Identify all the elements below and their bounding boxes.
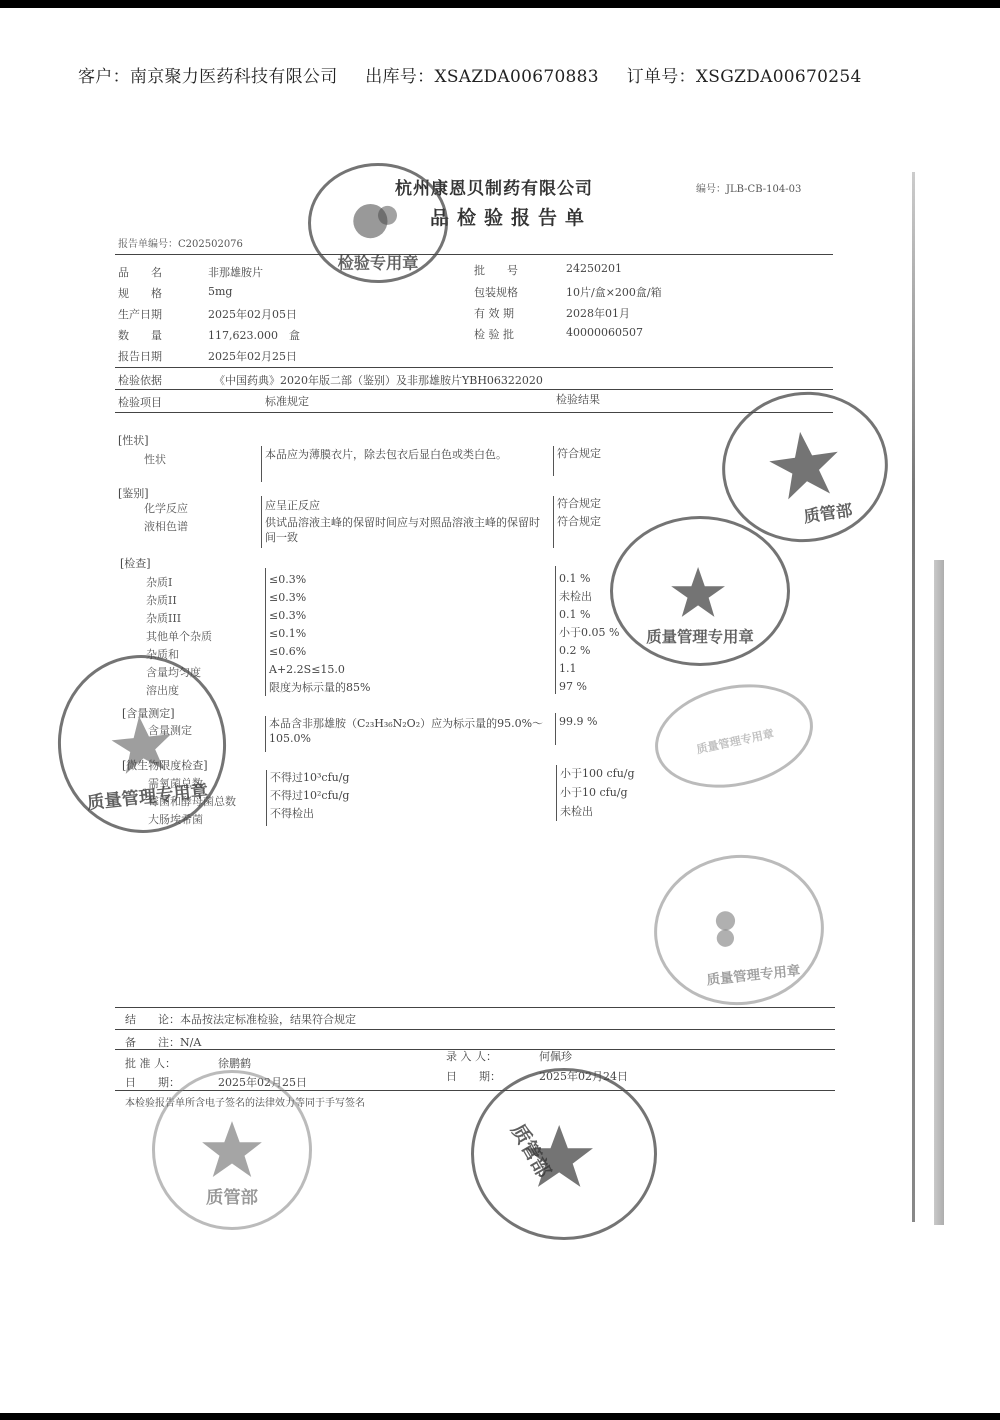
label: 检验依据 <box>118 374 162 387</box>
column-rule <box>266 770 267 826</box>
scanned-report: 杭州康恩贝制药有限公司 品检验报告单 编号：JLB-CB-104-03 报告单编… <box>0 0 1000 1420</box>
test-standard: ≤0.3% <box>269 608 306 624</box>
svg-text:质量管理专用章: 质量管理专用章 <box>86 780 209 814</box>
svg-text:质量管理专用章: 质量管理专用章 <box>706 962 802 989</box>
paper-shadow <box>934 560 944 1225</box>
value: 2028年01月 <box>566 305 630 321</box>
divider <box>115 1029 835 1030</box>
svg-text:质量管理专用章: 质量管理专用章 <box>695 726 775 756</box>
standard-yeast-mold: 不得过10²cfu/g <box>270 788 349 804</box>
paper-edge <box>912 172 915 1222</box>
label: 规 格 <box>118 287 162 300</box>
label: 结 论： <box>125 1013 180 1026</box>
seal-graphic: 质管部 <box>155 1073 309 1227</box>
section-identification: [鉴别] <box>118 485 149 501</box>
seal-graphic: 检验专用章 <box>311 166 445 280</box>
info-batch: 批 号24250201 <box>474 262 518 278</box>
table-header-result: 检验结果 <box>556 391 600 407</box>
standard-aerobic: 不得过10³cfu/g <box>270 770 349 786</box>
sinopharm-hubei-quality-seal-right: 质量管理专用章 <box>610 516 790 666</box>
info-report-date: 报告日期2025年02月25日 <box>118 348 162 364</box>
label: 品 名 <box>118 266 162 279</box>
value: 非那雄胺片 <box>208 264 263 280</box>
test-item: 其他单个杂质 <box>146 628 212 644</box>
standard-hplc: 供试品溶液主峰的保留时间应与对照品溶液主峰的保留时间一致 <box>265 515 540 545</box>
seal-graphic: 质量管理专用章 <box>52 650 231 838</box>
value: 24250201 <box>566 262 622 275</box>
label: 包装规格 <box>474 286 518 299</box>
result-yeast-mold: 小于10 cfu/g <box>560 785 628 801</box>
value: 何佩珍 <box>539 1048 572 1064</box>
value: 2025年02月25日 <box>208 348 297 364</box>
column-rule <box>265 716 266 752</box>
value: 40000060507 <box>566 326 643 339</box>
zhejiang-conba-seal: 质量管理专用章 <box>647 847 832 1014</box>
section-tests: [检查] <box>120 555 151 571</box>
result-hplc: 符合规定 <box>557 514 601 530</box>
test-standard: 限度为标示量的85% <box>269 680 370 696</box>
column-rule <box>265 568 266 696</box>
remark: 备 注：N/A <box>125 1034 201 1050</box>
standard-chemical-reaction: 应呈正反应 <box>265 498 545 513</box>
test-result: 小于0.05 % <box>559 625 619 641</box>
seal-graphic: 质量管理专用章 <box>650 850 828 1010</box>
test-item: 杂质II <box>146 592 177 608</box>
inspection-basis: 检验依据《中国药典》2020年版二部（鉴别）及非那雄胺片YBH06322020 <box>118 372 162 388</box>
table-header-standard: 标准规定 <box>265 393 309 409</box>
test-result: 0.2 % <box>559 643 590 659</box>
section-appearance: [性状] <box>118 432 149 448</box>
bottom-black-border <box>0 1413 1000 1420</box>
seal-graphic: 质量管理专用章 <box>649 674 819 798</box>
item-hplc: 液相色谱 <box>144 518 188 534</box>
test-result: 97 % <box>559 679 587 695</box>
test-standard: ≤0.3% <box>269 590 306 606</box>
seal-graphic: 质管部 <box>474 1071 654 1237</box>
test-standard: ≤0.1% <box>269 626 306 642</box>
result-assay: 99.9 % <box>559 714 597 730</box>
value: 本品按法定标准检验，结果符合规定 <box>180 1013 356 1026</box>
column-rule <box>261 446 262 482</box>
value: 《中国药典》2020年版二部（鉴别）及非那雄胺片YBH06322020 <box>214 372 543 388</box>
column-rule <box>553 496 554 548</box>
info-inspection-lot: 检 验 批40000060507 <box>474 326 514 342</box>
divider <box>115 254 833 255</box>
result-ecoli: 未检出 <box>560 804 593 820</box>
test-result: 0.1 % <box>559 571 590 587</box>
result-appearance: 符合规定 <box>557 446 601 462</box>
faint-oval-seal: 质量管理专用章 <box>645 670 822 801</box>
value: 5mg <box>208 285 232 298</box>
test-result: 0.1 % <box>559 607 590 623</box>
result-chemical-reaction: 符合规定 <box>557 496 601 512</box>
column-rule <box>555 566 556 694</box>
info-spec: 规 格5mg <box>118 285 162 301</box>
value: 10片/盒×200盒/箱 <box>566 284 662 300</box>
column-rule <box>556 765 557 821</box>
item-chemical-reaction: 化学反应 <box>144 500 188 516</box>
standard-ecoli: 不得检出 <box>270 806 314 822</box>
hangzhou-conba-inspection-seal: 检验专用章 <box>308 163 448 283</box>
info-quantity: 数 量117,623.000 盒 <box>118 327 162 343</box>
test-standard: A+2.2S≤15.0 <box>269 662 345 678</box>
divider <box>115 389 833 390</box>
value: 徐鹏鹤 <box>218 1055 251 1071</box>
info-production-date: 生产日期2025年02月05日 <box>118 306 162 322</box>
nanjing-juli-quality-seal: 质管部 <box>471 1068 657 1240</box>
svg-text:质量管理专用章: 质量管理专用章 <box>646 627 754 646</box>
approver: 批 准 人：徐鹏鹤 <box>125 1055 176 1071</box>
label: 录 入 人： <box>446 1050 497 1063</box>
label: 批 号 <box>474 264 518 277</box>
result-aerobic: 小于100 cfu/g <box>560 766 635 782</box>
standard-assay: 本品含非那雄胺（C₂₃H₃₆N₂O₂）应为标示量的95.0%～105.0% <box>269 716 544 746</box>
info-packaging: 包装规格10片/盒×200盒/箱 <box>474 284 518 300</box>
conclusion: 结 论：本品按法定标准检验，结果符合规定 <box>125 1011 356 1027</box>
column-rule <box>261 496 262 548</box>
info-product: 品 名非那雄胺片 <box>118 264 162 280</box>
svg-text:质管部: 质管部 <box>206 1187 259 1208</box>
value: 2025年02月05日 <box>208 306 297 322</box>
label: 报告日期 <box>118 350 162 363</box>
label: 批 准 人： <box>125 1057 176 1070</box>
value: N/A <box>180 1036 201 1049</box>
label: 数 量 <box>118 329 162 342</box>
standard-appearance: 本品应为薄膜衣片，除去包衣后显白色或类白色。 <box>265 447 540 462</box>
seal-graphic: 质量管理专用章 <box>613 519 787 663</box>
neimenggu-quality-seal: 质管部 <box>152 1070 312 1230</box>
report-title: 品检验报告单 <box>430 203 592 230</box>
sinopharm-hubei-quality-seal-left: 质量管理专用章 <box>49 647 235 842</box>
column-rule <box>553 446 554 476</box>
column-rule <box>555 713 556 745</box>
test-standard: ≤0.6% <box>269 644 306 660</box>
report-number: 报告单编号：C202502076 <box>118 235 243 250</box>
info-expiry: 有 效 期2028年01月 <box>474 305 514 321</box>
value: 117,623.000 盒 <box>208 327 300 343</box>
divider <box>115 367 833 368</box>
item-appearance: 性状 <box>144 451 166 467</box>
label: 生产日期 <box>118 308 162 321</box>
svg-text:检验专用章: 检验专用章 <box>338 254 419 273</box>
table-header-item: 检验项目 <box>118 394 162 410</box>
label: 有 效 期 <box>474 307 514 320</box>
test-standard: ≤0.3% <box>269 572 306 588</box>
test-result: 1.1 <box>559 661 577 677</box>
label: 备 注： <box>125 1036 180 1049</box>
divider <box>115 1007 835 1008</box>
test-item: 杂质I <box>146 574 172 590</box>
label: 检 验 批 <box>474 328 514 341</box>
test-item: 杂质III <box>146 610 181 626</box>
svg-text:质管部: 质管部 <box>802 501 854 527</box>
entry-person: 录 入 人：何佩珍 <box>446 1048 497 1064</box>
document-code: 编号：JLB-CB-104-03 <box>696 180 801 195</box>
test-result: 未检出 <box>559 589 592 605</box>
